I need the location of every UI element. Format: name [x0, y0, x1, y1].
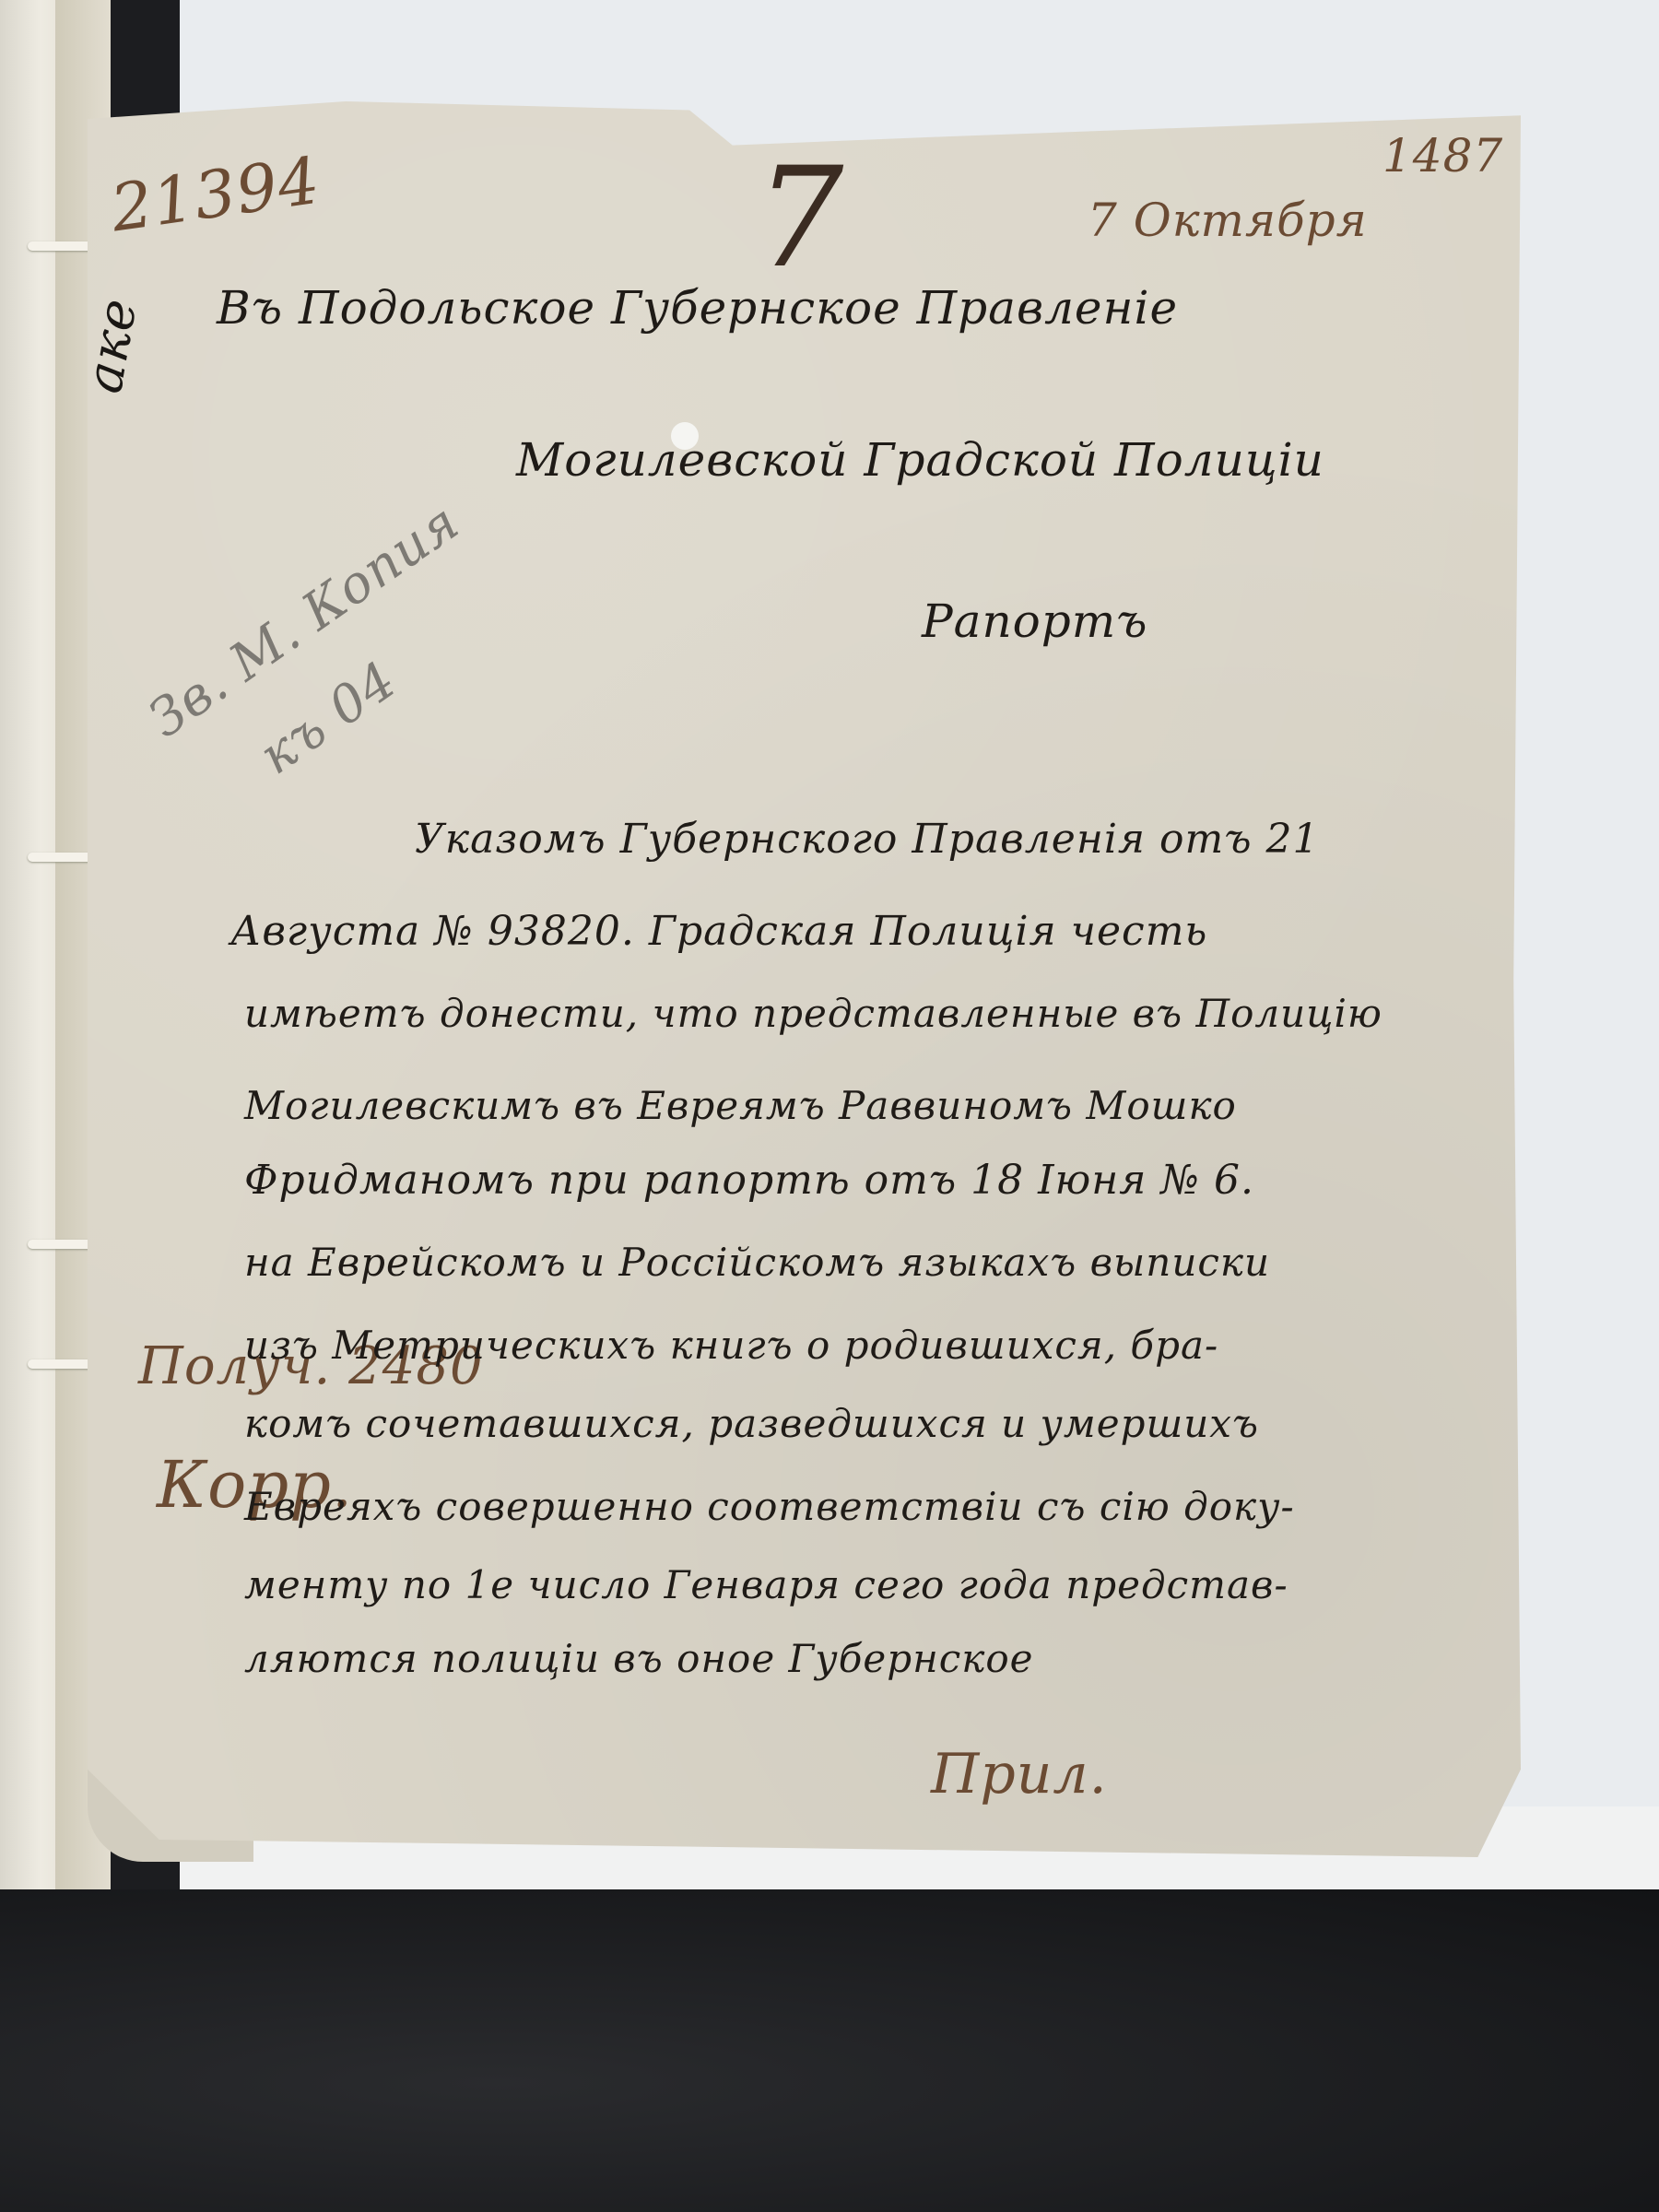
heading-title: Рапортъ — [922, 594, 1148, 648]
body-line: изъ Метрическихъ книгъ о родившихся, бра… — [244, 1323, 1218, 1368]
annotation-top-center-mark: 7 — [756, 138, 844, 299]
body-line: ляются полиціи въ оное Губернское — [244, 1636, 1034, 1681]
body-line: Фридманомъ при рапортѣ отъ 18 Іюня № 6. — [244, 1157, 1254, 1204]
heading-sender: Могилевской Градской Полиціи — [516, 433, 1324, 487]
body-line: Указомъ Губернского Правленія отъ 21 — [415, 816, 1320, 863]
dark-background — [0, 1889, 1659, 2212]
annotation-bottom-scribble: Прил. — [931, 1742, 1108, 1806]
body-line: имѣетъ донести, что представленные въ По… — [244, 991, 1382, 1036]
annotation-top-right-number: 1487 — [1382, 129, 1503, 182]
body-line: комъ сочетавшихся, разведшихся и умерших… — [244, 1401, 1259, 1446]
body-line: на Еврейскомъ и Россійскомъ языкахъ выпи… — [244, 1240, 1270, 1285]
body-line: менту по 1е число Генваря сего года пред… — [244, 1562, 1288, 1607]
body-line: Евреяхъ совершенно соответствіи съ сію д… — [244, 1484, 1295, 1529]
body-line: Могилевскимъ въ Евреямъ Раввиномъ Мошко — [244, 1083, 1237, 1128]
heading-addressee: Въ Подольское Губернское Правленіе — [217, 281, 1178, 335]
body-line: Августа № 93820. Градская Полиція честь — [230, 908, 1207, 955]
annotation-top-right-date: 7 Октября — [1088, 194, 1368, 247]
